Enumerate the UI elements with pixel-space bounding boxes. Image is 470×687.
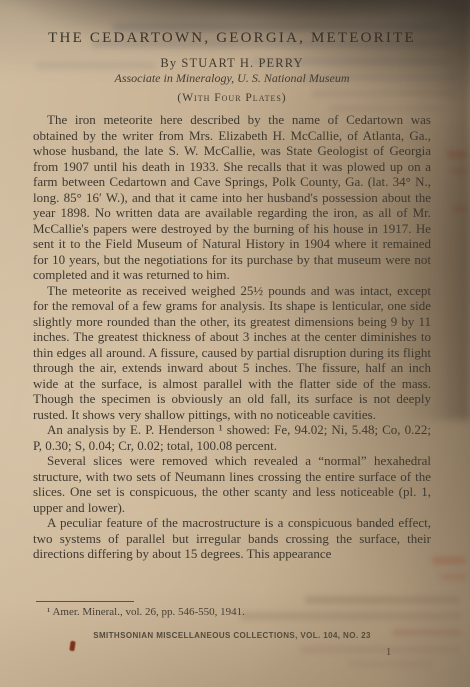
paragraph: Several slices were removed which reveal… <box>33 453 431 515</box>
paragraph: The meteorite as received weighed 25½ po… <box>33 283 431 423</box>
page-text-layer: THE CEDARTOWN, GEORGIA, METEORITE By STU… <box>0 0 470 687</box>
body-text: The iron meteorite here described by the… <box>33 112 431 562</box>
plates-note: (With Four Plates) <box>33 92 431 104</box>
page-number: 1 <box>386 647 391 658</box>
author-affiliation: Associate in Mineralogy, U. S. National … <box>33 71 431 86</box>
paper-title: THE CEDARTOWN, GEORGIA, METEORITE <box>33 30 431 47</box>
paragraph: The iron meteorite here described by the… <box>33 112 431 283</box>
series-footer: SMITHSONIAN MISCELLANEOUS COLLECTIONS, V… <box>33 631 431 640</box>
footnote: ¹ Amer. Mineral., vol. 26, pp. 546-550, … <box>33 606 431 618</box>
ink-dot-artifact <box>376 524 379 527</box>
paragraph: An analysis by E. P. Henderson ¹ showed:… <box>33 422 431 453</box>
author-byline: By STUART H. PERRY <box>33 56 431 71</box>
footnote-rule <box>36 601 134 602</box>
scanned-page-photo: THE CEDARTOWN, GEORGIA, METEORITE By STU… <box>0 0 470 687</box>
paragraph: A peculiar feature of the macrostructure… <box>33 515 431 562</box>
